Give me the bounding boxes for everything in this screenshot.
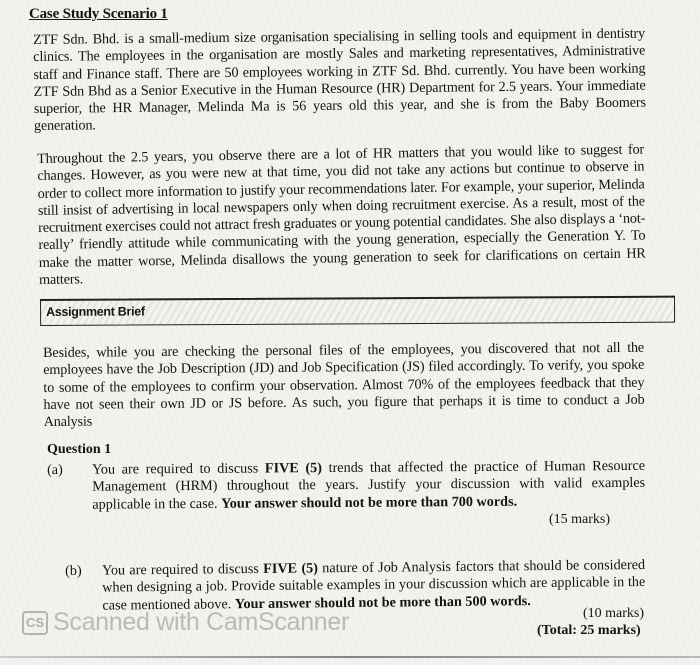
question-title: Question 1: [47, 442, 111, 458]
question-part-b-marks: (10 marks): [583, 606, 644, 622]
scenario-paragraph-1: ZTF Sdn. Bhd. is a small-medium size org…: [33, 26, 646, 136]
total-marks: (Total: 25 marks): [537, 623, 641, 639]
part-a-word-limit: Your answer should not be more than 700 …: [221, 493, 517, 511]
question-part-b-label: (b): [65, 563, 82, 580]
question-part-a-text: You are required to discuss FIVE (5) tre…: [92, 458, 645, 514]
assignment-brief-box: Assignment Brief: [40, 296, 675, 326]
camscanner-logo-icon: CS: [22, 611, 48, 635]
camscanner-watermark: CS Scanned with CamScanner: [22, 608, 349, 637]
assignment-brief-paragraph: Besides, while you are checking the pers…: [43, 340, 645, 432]
page-edge-divider: [0, 656, 700, 658]
watermark-text: Scanned with CamScanner: [53, 608, 349, 637]
question-part-a-marks: (15 marks): [549, 512, 610, 528]
question-part-b-text: You are required to discuss FIVE (5) nat…: [102, 557, 646, 615]
assignment-brief-label: Assignment Brief: [46, 304, 145, 319]
case-study-title: Case Study Scenario 1: [29, 6, 168, 23]
part-b-text-1: You are required to discuss: [102, 561, 263, 579]
scenario-paragraph-2: Throughout the 2.5 years, you observe th…: [37, 141, 646, 289]
scanned-document-page: Case Study Scenario 1 ZTF Sdn. Bhd. is a…: [0, 0, 700, 665]
part-a-emphasis-count: FIVE (5): [265, 460, 322, 476]
part-a-text-1: You are required to discuss: [92, 460, 265, 477]
part-b-emphasis-count: FIVE (5): [263, 560, 318, 577]
question-part-a-label: (a): [47, 462, 63, 479]
